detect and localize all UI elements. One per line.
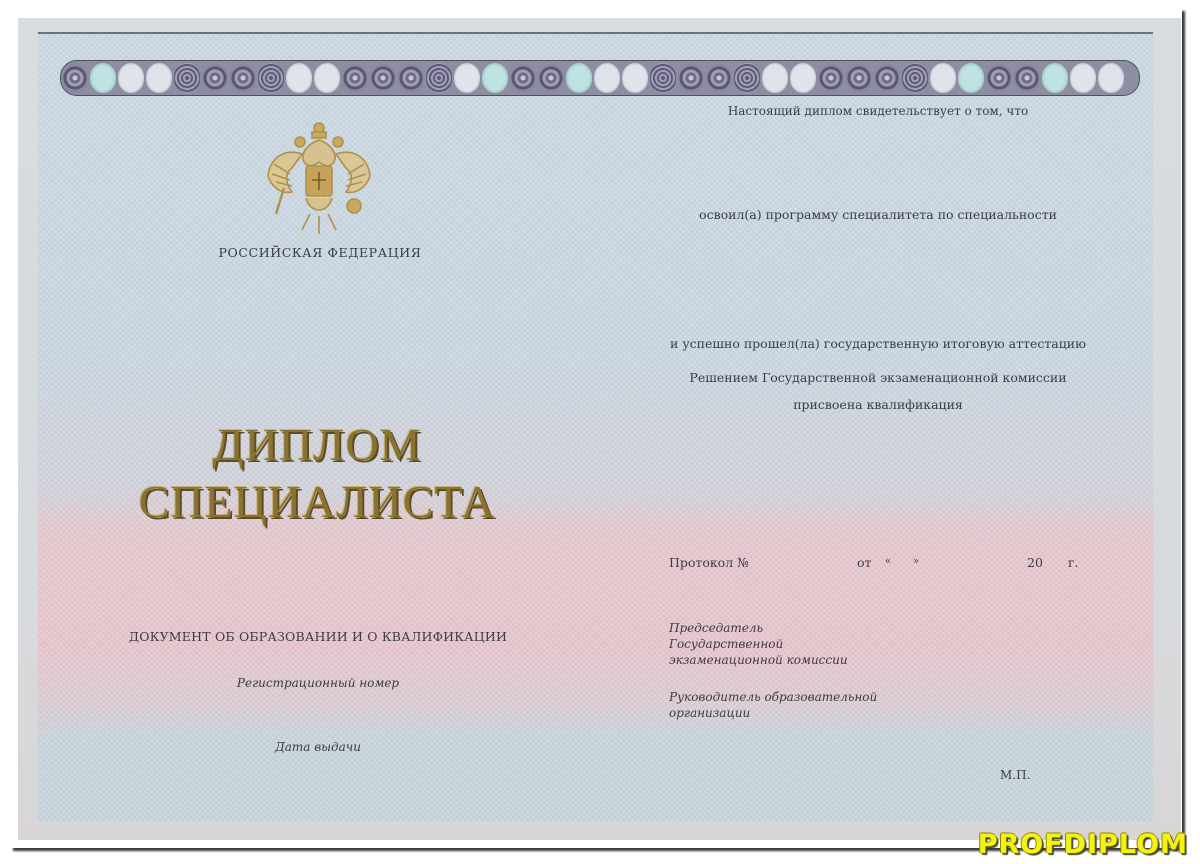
ornament-motif — [1042, 63, 1068, 93]
certifies-text: Настоящий диплом свидетельствует о том, … — [728, 104, 1028, 118]
chairman-signature-label: Председатель Государственной экзаменацио… — [669, 620, 848, 668]
head-line2: организации — [669, 705, 877, 721]
ornament-motif — [930, 63, 956, 93]
head-line1: Руководитель образовательной — [669, 689, 877, 705]
diploma-title-line2: СПЕЦИАЛИСТА — [139, 475, 496, 528]
ornament-motif — [874, 63, 900, 93]
qualification-text: присвоена квалификация — [793, 397, 963, 412]
chairman-line1: Председатель — [669, 620, 848, 636]
ornament-motif — [230, 63, 256, 93]
ornament-motif — [1098, 63, 1124, 93]
program-text: освоил(а) программу специалитета по спец… — [699, 207, 1057, 222]
chairman-line2: Государственной — [669, 636, 848, 652]
ornament-motif — [118, 63, 144, 93]
ornament-motif — [594, 63, 620, 93]
country-name: РОССИЙСКАЯ ФЕДЕРАЦИЯ — [219, 245, 422, 260]
protocol-year-suffix: г. — [1068, 555, 1079, 570]
head-signature-label: Руководитель образовательной организации — [669, 689, 877, 721]
protocol-quote-open: « — [885, 556, 891, 567]
ornament-motif — [174, 63, 200, 93]
ornament-motif — [258, 63, 284, 93]
seal-place-label: М.П. — [1000, 768, 1030, 782]
russian-coat-of-arms-icon — [262, 118, 377, 238]
ornament-motif — [286, 63, 312, 93]
chairman-line3: экзаменационной комиссии — [669, 652, 848, 668]
ornament-motif — [762, 63, 788, 93]
ornament-motif — [510, 63, 536, 93]
ornament-motif — [370, 63, 396, 93]
protocol-quote-close: » — [913, 556, 919, 567]
ornament-motif — [566, 63, 592, 93]
ornament-motif — [482, 63, 508, 93]
ornament-motif — [90, 63, 116, 93]
ornament-motif — [538, 63, 564, 93]
diploma-page — [38, 32, 1153, 821]
ornament-motif — [706, 63, 732, 93]
ornament-motif — [902, 63, 928, 93]
ornament-motif — [986, 63, 1012, 93]
ornament-motif — [958, 63, 984, 93]
ornament-motif — [202, 63, 228, 93]
guilloche-ornament-band — [60, 60, 1140, 96]
ornament-motif — [1014, 63, 1040, 93]
ornament-motif — [398, 63, 424, 93]
document-type-label: ДОКУМЕНТ ОБ ОБРАЗОВАНИИ И О КВАЛИФИКАЦИИ — [129, 629, 507, 644]
ornament-motif — [622, 63, 648, 93]
ornament-motif — [1070, 63, 1096, 93]
issue-date-label: Дата выдачи — [275, 740, 361, 754]
ornament-motif — [650, 63, 676, 93]
ornament-motif — [818, 63, 844, 93]
ornament-motif — [846, 63, 872, 93]
ornament-motif — [678, 63, 704, 93]
diploma-title-line1: ДИПЛОМ — [212, 418, 421, 471]
ornament-motif — [454, 63, 480, 93]
registration-number-label: Регистрационный номер — [237, 676, 399, 690]
ornament-motif — [426, 63, 452, 93]
commission-decision-text: Решением Государственной экзаменационной… — [689, 370, 1066, 385]
top-rule-divider — [38, 32, 1153, 34]
ornament-motif — [62, 63, 88, 93]
ornament-motif — [342, 63, 368, 93]
protocol-number-label: Протокол № — [669, 555, 749, 570]
ornament-motif — [790, 63, 816, 93]
protocol-year-prefix: 20 — [1027, 555, 1043, 570]
ornament-motif — [734, 63, 760, 93]
attestation-text: и успешно прошел(ла) государственную ито… — [670, 336, 1086, 351]
ornament-motif — [314, 63, 340, 93]
watermark: PROFDIPLOM — [978, 829, 1188, 860]
protocol-from-label: от — [857, 555, 871, 570]
ornament-motif — [146, 63, 172, 93]
